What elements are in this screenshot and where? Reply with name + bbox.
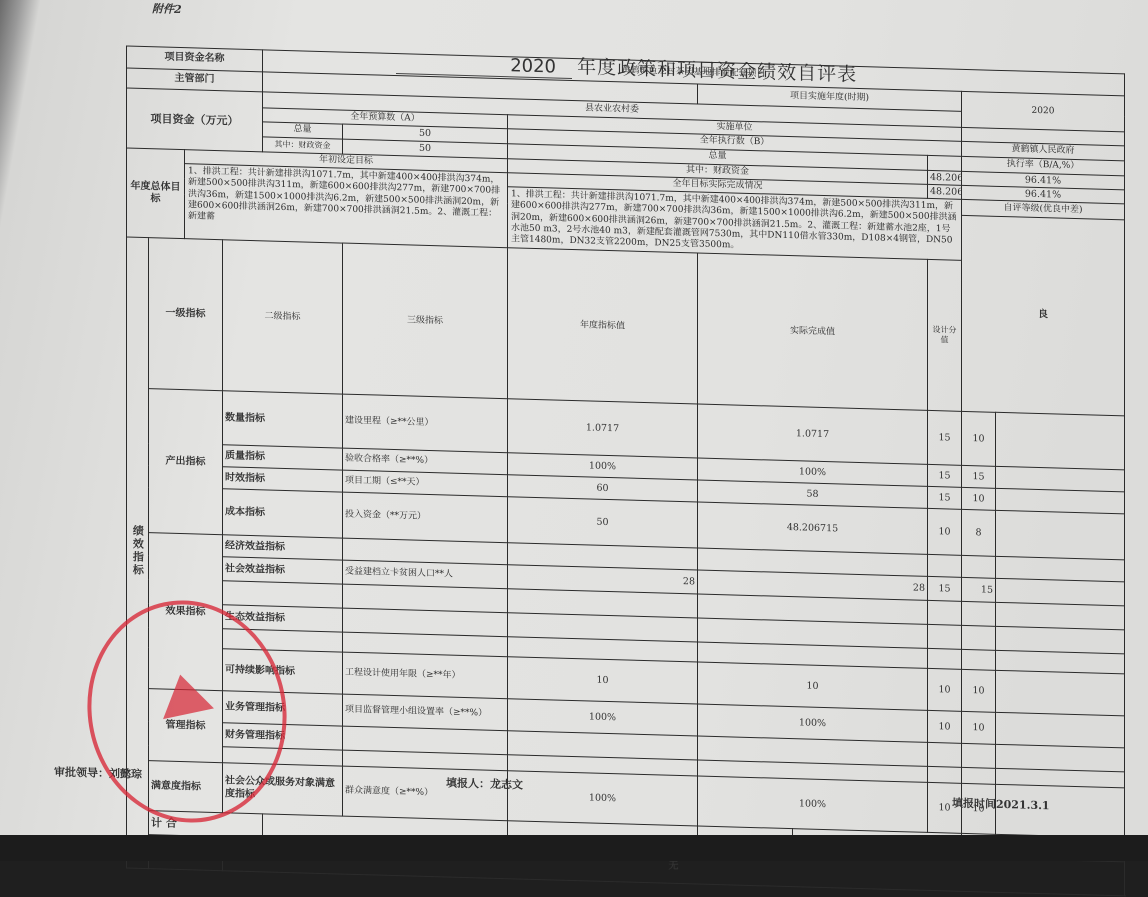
eval-score-cell [962,650,996,671]
design-score-cell: 15 [928,487,962,510]
impl-year-value: 2020 [962,91,1125,132]
design-score-cell: 10 [928,509,962,556]
note-cell [996,511,1125,561]
design-score-cell: 15 [928,577,962,602]
output-indicators-label: 产出指标 [149,389,223,535]
eval-score-cell [962,744,996,769]
eval-score-cell: 15 [962,466,996,489]
design-score-cell [928,601,962,626]
exec-total-value: 48.206715 [928,170,962,185]
design-score-cell: 10 [928,669,962,712]
eval-score-cell [962,768,996,785]
l2-cell: 社会效益指标 [223,557,343,584]
grade-value: 良 [962,215,1125,416]
actual-cell: 100% [698,776,928,832]
eval-score-cell: 8 [962,510,996,557]
filler: 填报人：龙志文 [446,774,523,792]
design-score-cell: 15 [928,465,962,488]
note-cell [996,413,1125,471]
design-score-cell: 15 [928,411,962,466]
exec-spacer [928,155,962,171]
design-score-cell [928,649,962,670]
target-cell: 50 [508,497,698,548]
note-cell [996,603,1125,631]
exec-fiscal-value: 48.206715 [928,184,962,199]
design-score-cell [928,555,962,578]
eval-score-cell: 10 [962,412,996,467]
l3-cell: 建设里程（≥**公里） [343,394,508,453]
col-level2: 二级指标 [223,240,343,394]
target-cell: 100% [508,771,698,826]
annual-goal-label: 年度总体目标 [127,148,185,239]
eval-score-cell [962,626,996,651]
design-score-cell [928,743,962,768]
eval-score-cell: 15 [962,578,996,603]
design-score-cell: 10 [928,711,962,744]
actual-cell: 48.206715 [698,502,928,554]
target-cell: 100% [508,699,698,736]
l2-cell [223,581,343,608]
note-cell [996,671,1125,717]
target-cell: 1.0717 [508,399,698,458]
design-score-cell [928,625,962,650]
design-score-cell [928,767,962,784]
col-target: 年度指标值 [508,248,698,404]
actual-cell: 10 [698,662,928,710]
seal-star-icon [155,669,214,719]
note-cell [996,627,1125,655]
eval-score-cell: 10 [962,488,996,511]
eval-score-cell [962,602,996,627]
funds-label: 项目资金（万元） [127,88,263,152]
eval-score-cell [962,556,996,579]
attachment-label: 附件2 [152,0,182,17]
target-cell: 10 [508,657,698,704]
initial-goal-text: 1、排洪工程：共计新建排洪沟1071.7m，其中新建400×400排洪沟374m… [185,164,508,248]
col-level1: 一级指标 [149,238,223,391]
l3-cell: 投入资金（**万元） [343,492,508,543]
note-cell [996,745,1125,773]
col-design: 设计分值 [928,260,962,412]
l2-cell: 成本指标 [223,489,343,538]
l2-cell: 数量指标 [223,391,343,448]
desk-edge [0,835,1148,861]
fill-date: 填报时间2021.3.1 [952,795,1050,814]
eval-score-cell: 10 [962,670,996,713]
l3-cell: 工程设计使用年限（≥**年） [343,652,508,699]
note-cell [996,713,1125,749]
actual-cell: 1.0717 [698,404,928,464]
note-cell [996,579,1125,607]
col-level3: 三级指标 [343,243,508,399]
col-actual: 实际完成值 [698,253,928,410]
eval-score-cell: 10 [962,712,996,745]
l3-cell: 项目监督管理小组设置率（≥**%） [343,694,508,731]
